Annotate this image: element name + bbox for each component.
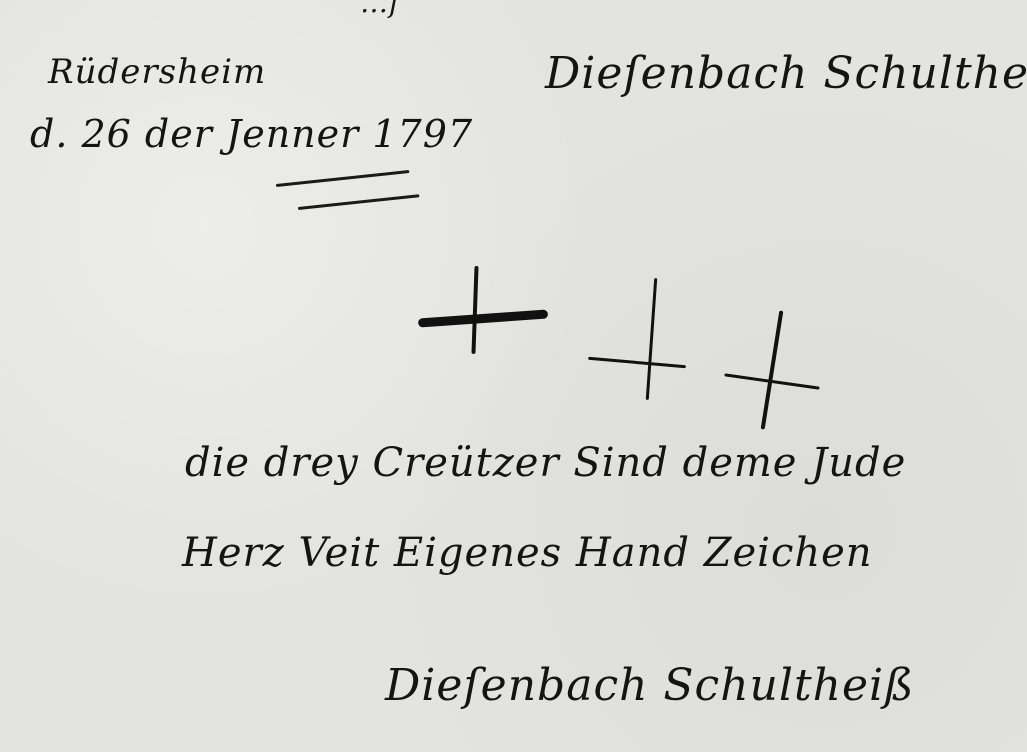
top-edge-text-fragment: …ſ [360,0,400,19]
cross-mark-3 [724,310,822,432]
date-underline-2 [298,194,420,210]
body-text-line-1: die drey Creützer Sind deme Jude [185,440,906,486]
cross-mark-2 [588,278,688,402]
body-text-line-2: Herz Veit Eigenes Hand Zeichen [182,530,873,576]
cross-mark-1 [418,266,548,356]
signature-top: Dieſenbach Schultheiß [545,48,1027,99]
header-place: Rüdersheim [48,52,266,92]
header-date: d. 26 der Jenner 1797 [30,112,473,156]
date-underline-1 [276,170,410,187]
manuscript-page: …ſ Rüdersheim d. 26 der Jenner 1797 Dieſ… [0,0,1027,752]
signature-bottom: Dieſenbach Schultheiß [385,660,914,711]
